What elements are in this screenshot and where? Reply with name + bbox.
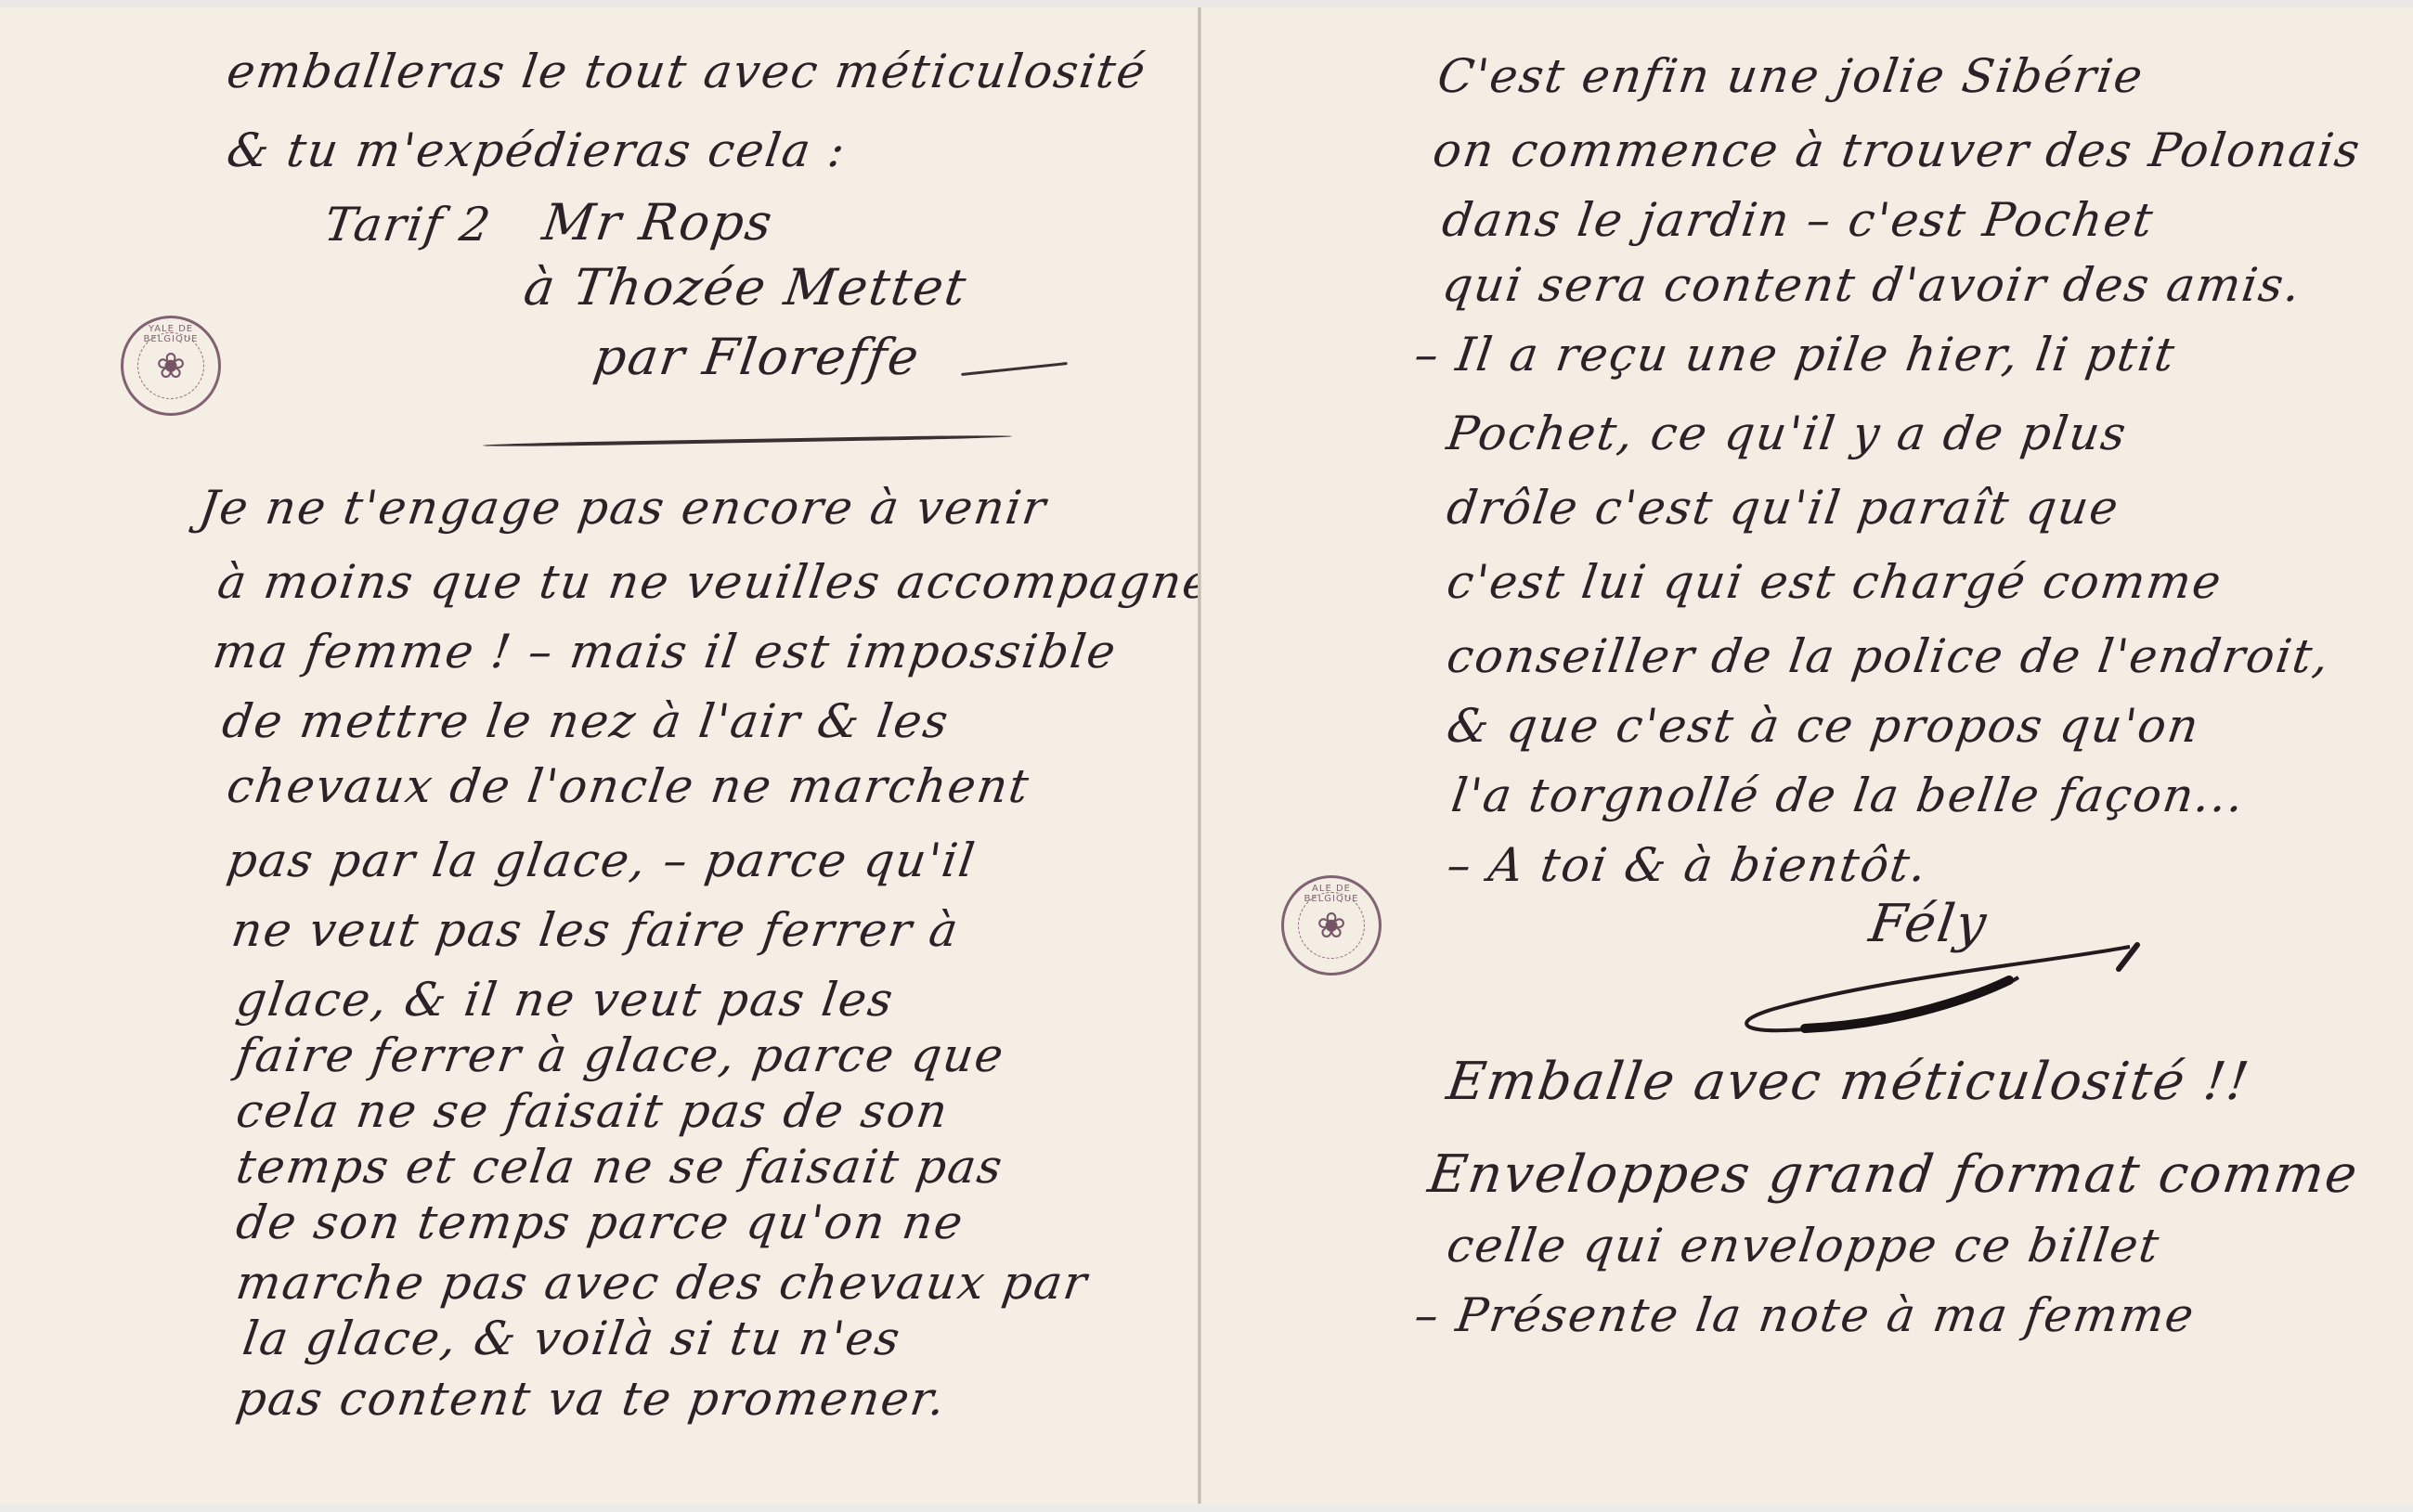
handwritten-line: Pochet, ce qu'il y a de plus xyxy=(1444,407,2131,460)
handwritten-line: temps et cela ne se faisait pas xyxy=(233,1140,1007,1194)
handwritten-line: ma femme ! – mais il est impossible xyxy=(210,625,1121,678)
handwritten-line: emballeras le tout avec méticulosité xyxy=(224,45,1150,98)
handwritten-line: chevaux de l'oncle ne marchent xyxy=(224,759,1033,813)
separator-rule xyxy=(483,434,1012,447)
fleur-emblem-icon: ❀ xyxy=(1317,908,1346,943)
handwritten-line: de mettre le nez à l'air & les xyxy=(219,694,953,748)
handwritten-line: faire ferrer à glace, parce que xyxy=(233,1028,1008,1082)
stamp-text: YALE DE BELGIQUE xyxy=(123,324,218,344)
handwritten-line: pas par la glace, – parce qu'il xyxy=(224,834,979,887)
handwritten-line: c'est lui qui est chargé comme xyxy=(1444,555,2225,609)
handwritten-line: qui sera content d'avoir des amis. xyxy=(1439,258,2305,312)
letter-page-right: C'est enfin une jolie Sibérie on commenc… xyxy=(1201,7,2413,1504)
address-tariff: Tarif 2 xyxy=(321,198,496,252)
letter-sheet: emballeras le tout avec méticulosité & t… xyxy=(0,7,2413,1504)
fleur-emblem-icon: ❀ xyxy=(156,348,186,383)
handwritten-line: – Il a reçu une pile hier, li ptit xyxy=(1411,328,2179,381)
postscript-line: Emballe avec méticulosité !! xyxy=(1443,1052,2253,1112)
stamp-text: ALE DE BELGIQUE xyxy=(1284,884,1379,904)
address-locality: à Thozée Mettet xyxy=(521,258,971,317)
library-stamp: ❀ YALE DE BELGIQUE xyxy=(121,316,221,416)
handwritten-line: marche pas avec des chevaux par xyxy=(233,1256,1092,1310)
handwritten-line: conseiller de la police de l'endroit, xyxy=(1444,629,2334,683)
handwritten-line: Je ne t'engage pas encore à venir xyxy=(196,481,1051,535)
letter-page-left: emballeras le tout avec méticulosité & t… xyxy=(0,7,1200,1504)
handwritten-line: C'est enfin une jolie Sibérie xyxy=(1434,49,2147,103)
handwritten-line: & que c'est à ce propos qu'on xyxy=(1444,699,2203,753)
handwritten-line: l'a torgnollé de la belle façon... xyxy=(1448,769,2249,822)
handwritten-line: – A toi & à bientôt. xyxy=(1444,838,1931,892)
library-stamp: ❀ ALE DE BELGIQUE xyxy=(1281,875,1382,976)
handwritten-line: ne veut pas les faire ferrer à xyxy=(228,903,963,957)
postscript-line: – Présente la note à ma femme xyxy=(1411,1288,2199,1342)
flourish-underline xyxy=(961,362,1068,376)
handwritten-line: on commence à trouver des Polonais xyxy=(1430,123,2365,177)
handwritten-line: pas content va te promener. xyxy=(233,1372,950,1426)
scan-top-edge xyxy=(0,0,2413,7)
handwritten-line: drôle c'est qu'il paraît que xyxy=(1444,481,2123,535)
postscript-line: celle qui enveloppe ce billet xyxy=(1444,1219,2164,1273)
scan-bottom-edge xyxy=(0,1504,2413,1512)
postscript-line: Enveloppes grand format comme xyxy=(1424,1144,2362,1205)
handwritten-line: glace, & il ne veut pas les xyxy=(233,973,898,1027)
handwritten-line: à moins que tu ne veuilles accompagner xyxy=(214,555,1240,609)
address-route: par Floreffe xyxy=(590,328,925,386)
signature-flourish-icon xyxy=(1703,936,2148,1038)
handwritten-line: de son temps parce qu'on ne xyxy=(233,1195,967,1249)
handwritten-line: cela ne se faisait pas de son xyxy=(233,1084,953,1138)
handwritten-line: & tu m'expédieras cela : xyxy=(224,123,850,177)
handwritten-line: la glace, & voilà si tu n'es xyxy=(240,1312,904,1365)
handwritten-line: dans le jardin – c'est Pochet xyxy=(1439,193,2158,247)
address-recipient: Mr Rops xyxy=(539,193,778,252)
